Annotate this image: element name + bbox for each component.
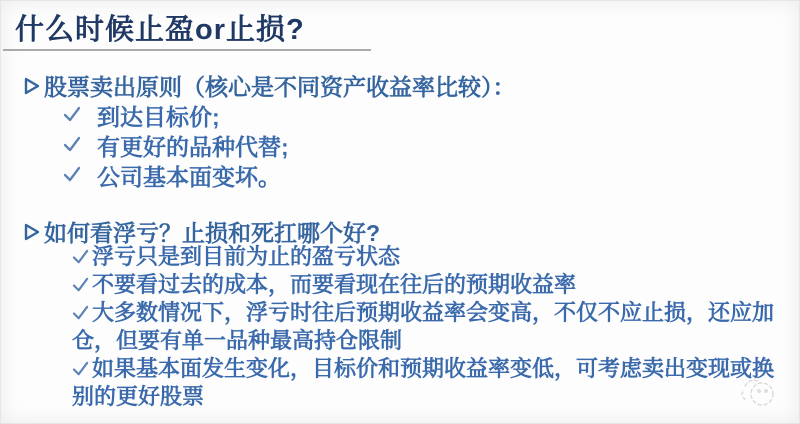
section-heading-text: 股票卖出原则（核心是不同资产收益率比较）： — [44, 69, 516, 102]
title-underline — [3, 49, 371, 51]
doodle-sketch-icon — [735, 372, 781, 417]
presentation-slide: 什么时候止盈or止损? 股票卖出原则（核心是不同资产收益率比较）： 到达目标价;… — [0, 0, 800, 424]
check-icon — [63, 106, 82, 124]
list-item-text: 如果基本面发生变化，目标价和预期收益率变低，可考虑卖出变现或换别的更好股票 — [72, 356, 774, 409]
list-item-text: 有更好的品种代替; — [97, 129, 289, 162]
list-item: 公司基本面变坏。 — [63, 160, 289, 190]
list-item-text: 公司基本面变坏。 — [97, 159, 281, 192]
list-item-text: 浮亏只是到目前为止的盈亏状态 — [92, 244, 400, 269]
list-item-text: 到达目标价; — [97, 99, 220, 132]
list-item: 大多数情况下，浮亏时往后预期收益率会变高，不仅不应止损，还应加仓，但要有单一品种… — [72, 299, 786, 355]
list-item: 不要看过去的成本，而要看现在往后的预期收益率 — [72, 271, 786, 299]
check-icon — [72, 273, 90, 301]
list-item: 到达目标价; — [63, 100, 289, 130]
check-icon — [72, 301, 90, 329]
list-item: 有更好的品种代替; — [63, 130, 289, 160]
list-item-text: 不要看过去的成本，而要看现在往后的预期收益率 — [92, 272, 576, 297]
check-icon — [72, 245, 90, 273]
check-icon — [63, 166, 82, 184]
arrow-bullet-icon — [23, 74, 41, 98]
check-icon — [72, 357, 90, 385]
checklist-floating-loss: 浮亏只是到目前为止的盈亏状态 不要看过去的成本，而要看现在往后的预期收益率 大多… — [72, 243, 786, 411]
page-title: 什么时候止盈or止损? — [15, 7, 305, 48]
list-item: 如果基本面发生变化，目标价和预期收益率变低，可考虑卖出变现或换别的更好股票 — [72, 355, 786, 411]
list-item-text: 大多数情况下，浮亏时往后预期收益率会变高，不仅不应止损，还应加仓，但要有单一品种… — [72, 300, 774, 353]
arrow-bullet-icon — [23, 220, 41, 244]
checklist-sell-rules: 到达目标价; 有更好的品种代替; 公司基本面变坏。 — [63, 100, 289, 190]
check-icon — [63, 136, 82, 154]
list-item: 浮亏只是到目前为止的盈亏状态 — [72, 243, 786, 271]
section-heading-sell-rules: 股票卖出原则（核心是不同资产收益率比较）： — [23, 69, 516, 102]
